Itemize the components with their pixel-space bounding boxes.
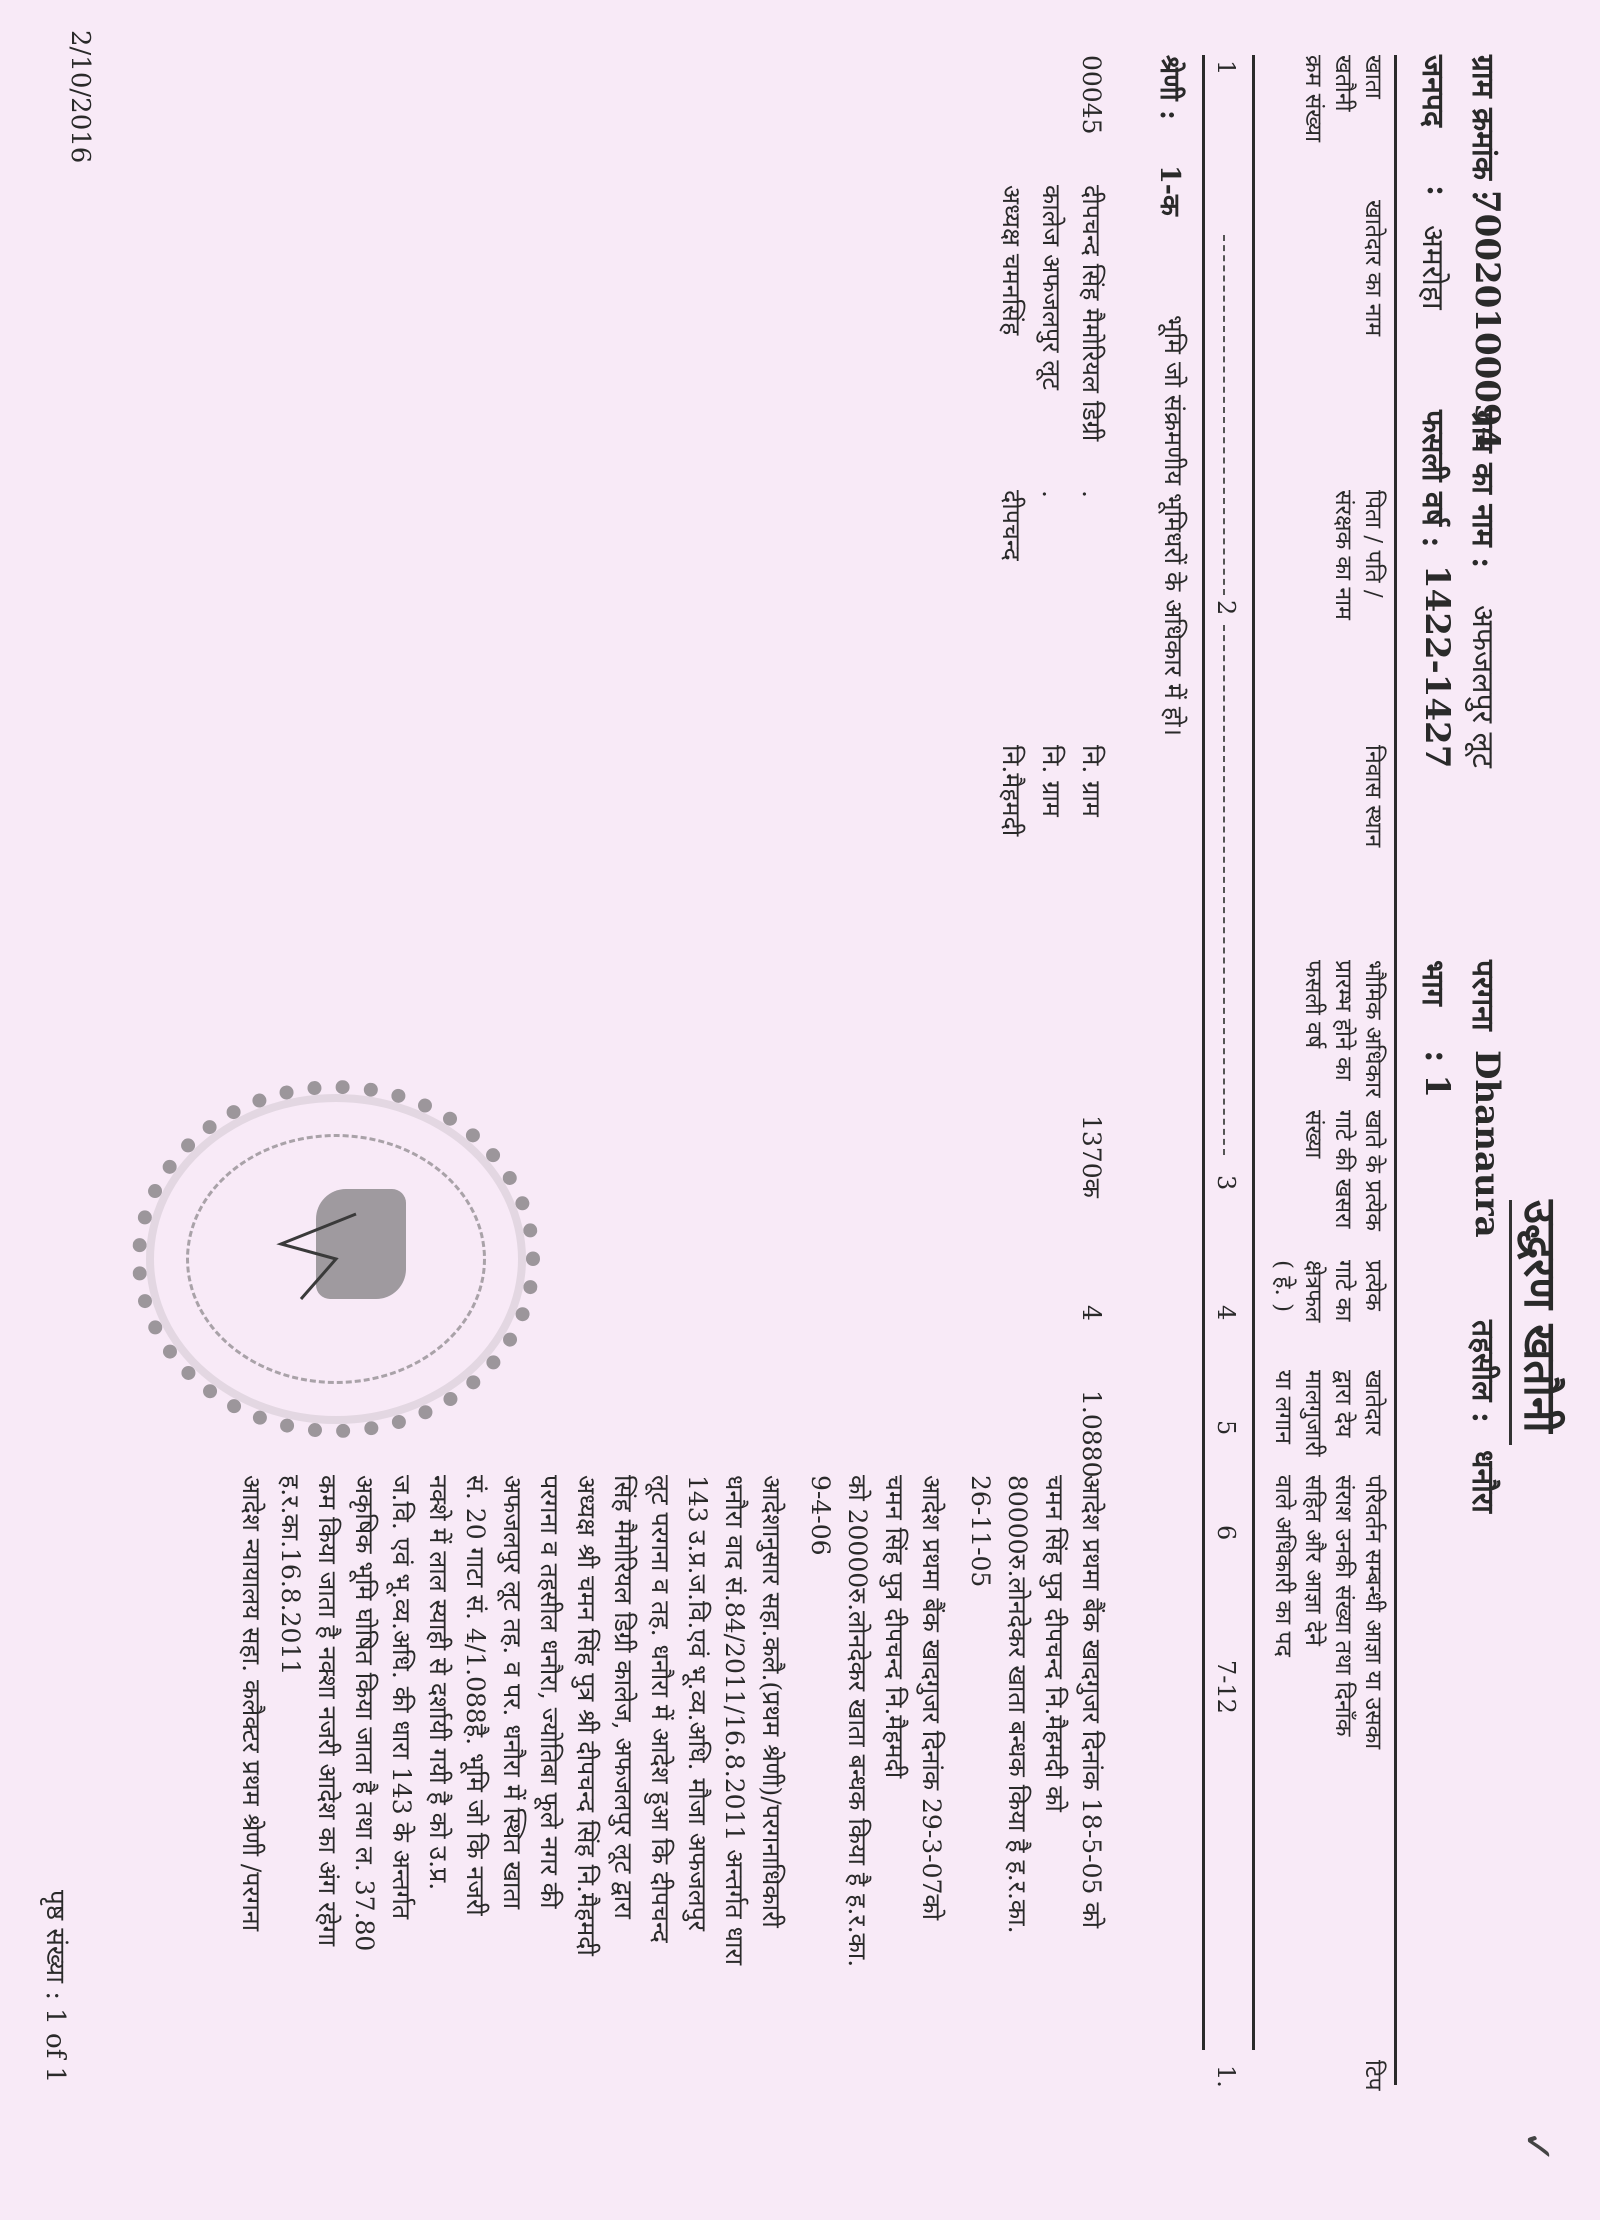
page-number: पृष्ठ संख्या : 1 of 1 bbox=[39, 1890, 75, 2083]
khasra-number: 1370क bbox=[1074, 1115, 1108, 1198]
bhag-label: भाग bbox=[1414, 960, 1455, 1006]
col-remarks-heading: टिप bbox=[1358, 2060, 1388, 2091]
janpad-colon: : bbox=[1420, 185, 1455, 196]
heading-bottom-rule bbox=[1252, 55, 1255, 2050]
col-number-dash-right bbox=[1223, 625, 1225, 1155]
col-number-4: 4 bbox=[1212, 1305, 1240, 1320]
residence-line-1: नि. ग्राम bbox=[1074, 745, 1108, 817]
khata-number: 00045 bbox=[1074, 55, 1108, 135]
category-code: 1-क bbox=[1153, 165, 1190, 216]
col-number-dash-left bbox=[1223, 235, 1225, 595]
area-hectare: 1.0880 bbox=[1074, 1390, 1108, 1477]
gram-naam-label: ग्राम का नाम : bbox=[1464, 410, 1505, 568]
mutation-orders: आदेश प्रथमा बैंक खादगुजर दिनांक 18-5-05 … bbox=[221, 1475, 1110, 1967]
col-khasra-heading: खाते के प्रत्येक गाटे की खसरा संख्या bbox=[1298, 1110, 1388, 1231]
official-seal-icon bbox=[132, 1080, 540, 1438]
residence-line-3: नि.मैहमदी bbox=[994, 745, 1028, 836]
col-guardian-heading: पिता / पति / संरक्षक का नाम bbox=[1328, 490, 1388, 620]
gata-count: 4 bbox=[1074, 1305, 1108, 1321]
khatauni-page: उद्धरण खतौनी ✓ ग्राम क्रमांक : 700201000… bbox=[0, 0, 1600, 2220]
col-number-1: 1 bbox=[1212, 60, 1240, 75]
col-area-heading: प्रत्येक गाटे का क्षेत्रफल ( हे. ) bbox=[1268, 1260, 1388, 1323]
fasli-value: 1422-1427 bbox=[1417, 565, 1457, 768]
holder-name-line-3: अध्यक्ष चमनसिंह bbox=[994, 185, 1028, 335]
col-revenue-heading: खातेदार द्वारा देय मालगुजारी या लगान bbox=[1268, 1370, 1388, 1457]
col-residence-heading: निवास स्थान bbox=[1358, 745, 1388, 847]
order-3: आदेशानुसार सहा.कलै.(प्रथम श्रेणी)/परगनाध… bbox=[272, 1475, 790, 1967]
print-date: 2/10/2016 bbox=[65, 30, 95, 163]
col-number-6: 6 bbox=[1212, 1525, 1240, 1540]
residence-line-2: नि. ग्राम bbox=[1034, 745, 1068, 817]
title-underline bbox=[1509, 1200, 1512, 1445]
col-number-2: 2 bbox=[1212, 600, 1240, 615]
holder-name-line-1: दीपचन्द सिंह मैमोरियल डिग्री bbox=[1074, 185, 1108, 441]
holder-name-line-2: कालेज अफजलपुर लूट bbox=[1034, 185, 1068, 390]
signature-icon bbox=[276, 1204, 376, 1324]
category-description: भूमि जो संक्रमणीय भूमिधरों के अधिकार में… bbox=[1156, 315, 1190, 736]
col-number-3: 3 bbox=[1212, 1175, 1240, 1190]
order-1: आदेश प्रथमा बैंक खादगुजर दिनांक 18-5-05 … bbox=[962, 1475, 1110, 1967]
guardian-name-line-2: . bbox=[1034, 490, 1068, 498]
col-changes-heading: परिवर्तन सम्बन्धी आज्ञा या उसका संराश उन… bbox=[1268, 1475, 1388, 1749]
guardian-name-line-3: दीपचन्द bbox=[994, 490, 1028, 561]
pargana-value: Dhanaura bbox=[1467, 1050, 1507, 1238]
janpad-value: अमरोहा bbox=[1414, 225, 1455, 310]
tehsil-label: तहसील : bbox=[1464, 1320, 1505, 1423]
document-title: उद्धरण खतौनी bbox=[1512, 1200, 1572, 1433]
order-4: आदेश न्यायालय सहा. कलैक्टर प्रथम श्रेणी … bbox=[233, 1475, 270, 1967]
pargana-label: परगना bbox=[1464, 960, 1505, 1031]
numbers-bottom-rule bbox=[1202, 55, 1205, 2050]
col-number-7-12: 7-12 bbox=[1212, 1660, 1240, 1714]
col-holder-name-heading: खातेदार का नाम bbox=[1358, 200, 1388, 336]
gram-naam-value: अफजलपुर लूट bbox=[1464, 605, 1505, 768]
tehsil-value: धनौरा bbox=[1464, 1450, 1505, 1513]
bhag-value: : 1 bbox=[1417, 1050, 1457, 1098]
gram-kramank-label: ग्राम क्रमांक : bbox=[1464, 55, 1505, 201]
col-fasli-year-heading: भौमिक अधिकार प्रारम्भ होने का फसली वर्ष bbox=[1298, 960, 1388, 1098]
order-2: आदेश प्रथमा बैंक खादगुजर दिनांक 29-3-07क… bbox=[802, 1475, 950, 1967]
table-top-rule bbox=[1394, 55, 1397, 2085]
check-mark-icon: ✓ bbox=[1514, 2130, 1560, 2164]
guardian-name-line-1: . bbox=[1074, 490, 1108, 498]
category-label: श्रेणी : bbox=[1153, 55, 1190, 120]
fasli-label: फसली वर्ष : bbox=[1414, 410, 1455, 548]
col-khata-no-heading: खाता खतौनी क्रम संख्या bbox=[1298, 55, 1388, 142]
col-number-5: 5 bbox=[1212, 1420, 1240, 1435]
janpad-label: जनपद bbox=[1414, 55, 1455, 127]
col-number-remark: 1. bbox=[1212, 2065, 1240, 2088]
